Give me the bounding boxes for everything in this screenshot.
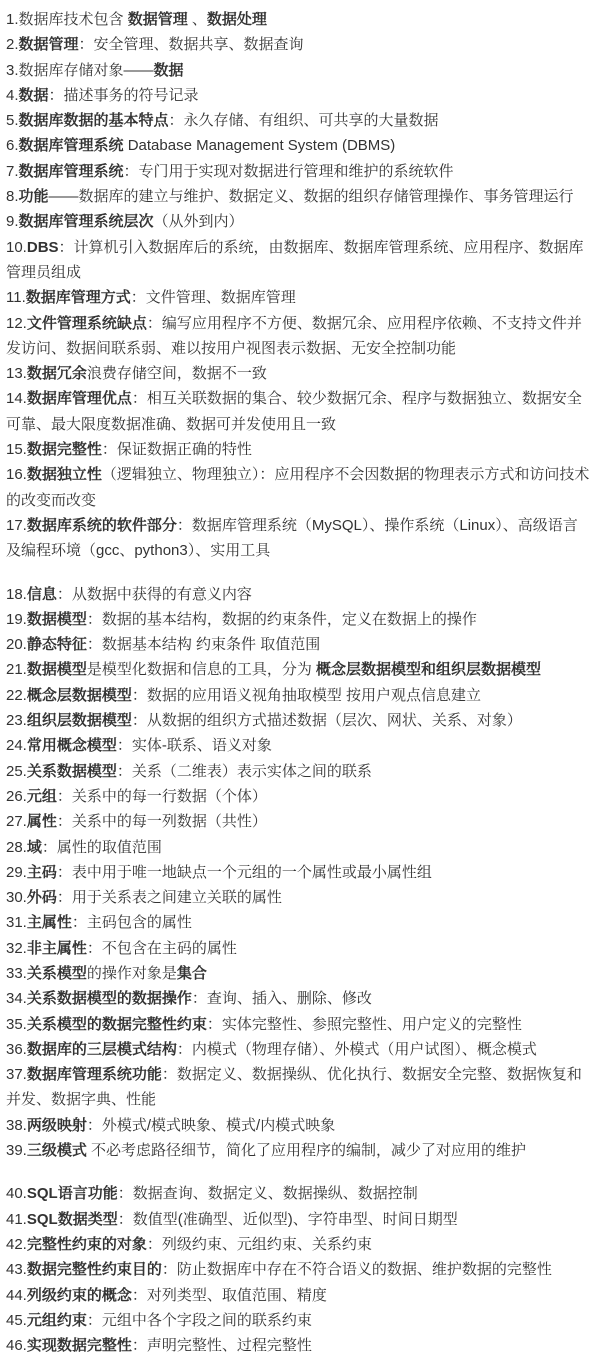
note-item-31: 31.主属性：主码包含的属性 [6, 910, 590, 935]
note-item-3: 3.数据库存储对象——数据 [6, 58, 590, 83]
key-term: 数据模型 [27, 661, 87, 678]
note-text: 23. [6, 712, 27, 729]
key-term: 数据库系统的软件部分 [27, 517, 177, 534]
note-text: ：从数据的组织方式描述数据（层次、网状、关系、对象） [132, 712, 522, 729]
note-item-32: 32.非主属性：不包含在主码的属性 [6, 936, 590, 961]
note-item-40: 40.SQL语言功能：数据查询、数据定义、数据操纵、数据控制 [6, 1181, 590, 1206]
key-term: 静态特征 [27, 636, 87, 653]
note-text: ：主码包含的属性 [72, 914, 192, 931]
note-item-27: 27.属性：关系中的每一列数据（共性） [6, 809, 590, 834]
key-term: DBS [27, 239, 59, 256]
note-text: ：声明完整性、过程完整性 [132, 1337, 312, 1354]
note-item-22: 22.概念层数据模型：数据的应用语义视角抽取模型 按用户观点信息建立 [6, 683, 590, 708]
note-item-26: 26.元组：关系中的每一行数据（个体） [6, 784, 590, 809]
key-term: 元组约束 [27, 1312, 87, 1329]
note-item-2: 2.数据管理：安全管理、数据共享、数据查询 [6, 32, 590, 57]
note-item-37: 37.数据库管理系统功能：数据定义、数据操纵、优化执行、数据安全完整、数据恢复和… [6, 1062, 590, 1113]
note-text: 是模型化数据和信息的工具，分为 [87, 661, 316, 678]
note-text: 20. [6, 636, 27, 653]
note-text: （从外到内） [154, 213, 244, 230]
note-text: ——数据库的建立与维护、数据定义、数据的组织存储管理操作、事务管理运行 [49, 188, 574, 205]
note-item-4: 4.数据：描述事务的符号记录 [6, 83, 590, 108]
note-text: 26. [6, 788, 27, 805]
note-text: 27. [6, 813, 27, 830]
note-text: 45. [6, 1312, 27, 1329]
note-item-17: 17.数据库系统的软件部分：数据库管理系统（MySQL）、操作系统（Linux）… [6, 513, 590, 564]
note-text: 40. [6, 1185, 27, 1202]
note-text: ：文件管理、数据库管理 [131, 289, 296, 306]
key-term: 数据 [154, 62, 184, 79]
key-term: 域 [27, 839, 42, 856]
note-text: 42. [6, 1236, 27, 1253]
key-term: 关系模型 [27, 965, 87, 982]
note-text: 的操作对象是 [87, 965, 177, 982]
note-item-28: 28.域：属性的取值范围 [6, 835, 590, 860]
note-text: ：防止数据库中存在不符合语义的数据、维护数据的完整性 [162, 1261, 552, 1278]
note-item-24: 24.常用概念模型：实体-联系、语义对象 [6, 733, 590, 758]
note-item-46: 46.实现数据完整性：声明完整性、过程完整性 [6, 1333, 590, 1358]
key-term: 数据库管理系统功能 [27, 1066, 162, 1083]
key-term: 主码 [27, 864, 57, 881]
note-text: 7. [6, 163, 19, 180]
note-text: ：实体完整性、参照完整性、用户定义的完整性 [207, 1016, 522, 1033]
note-text: 46. [6, 1337, 27, 1354]
note-text: 9. [6, 213, 19, 230]
note-text: ：实体-联系、语义对象 [117, 737, 272, 754]
key-term: 非主属性 [27, 940, 87, 957]
note-text: ：安全管理、数据共享、数据查询 [79, 36, 304, 53]
note-text: 41. [6, 1211, 27, 1228]
note-text: ：查询、插入、删除、修改 [192, 990, 372, 1007]
note-text: 17. [6, 517, 27, 534]
note-text: ：专门用于实现对数据进行管理和维护的系统软件 [124, 163, 454, 180]
key-term: 信息 [27, 586, 57, 603]
key-term: 概念层数据模型 [27, 687, 132, 704]
note-item-6: 6.数据库管理系统 Database Management System (DB… [6, 133, 590, 158]
note-text: ：关系（二维表）表示实体之间的联系 [117, 763, 372, 780]
note-text: ：列级约束、元组约束、关系约束 [147, 1236, 372, 1253]
key-term: 常用概念模型 [27, 737, 117, 754]
note-text: 37. [6, 1066, 27, 1083]
note-item-11: 11.数据库管理方式：文件管理、数据库管理 [6, 285, 590, 310]
note-text: ：对列类型、取值范围、精度 [132, 1287, 327, 1304]
note-item-7: 7.数据库管理系统：专门用于实现对数据进行管理和维护的系统软件 [6, 159, 590, 184]
key-term: 数据管理 [128, 11, 188, 28]
key-term: 数据库管理系统 [19, 137, 124, 154]
note-text: 12. [6, 315, 27, 332]
note-text: 34. [6, 990, 27, 1007]
note-text: 浪费存储空间，数据不一致 [87, 365, 267, 382]
key-term: 关系模型的数据完整性约束 [27, 1016, 207, 1033]
key-term: 概念层数据模型和组织层数据模型 [316, 661, 541, 678]
key-term: 数据库管理系统 [19, 163, 124, 180]
key-term: 组织层数据模型 [27, 712, 132, 729]
key-term: 实现数据完整性 [27, 1337, 132, 1354]
note-text: 21. [6, 661, 27, 678]
key-term: SQL数据类型 [27, 1211, 118, 1228]
note-item-14: 14.数据库管理优点：相互关联数据的集合、较少数据冗余、程序与数据独立、数据安全… [6, 386, 590, 437]
note-text: ：关系中的每一列数据（共性） [57, 813, 267, 830]
key-term: 数据完整性约束目的 [27, 1261, 162, 1278]
note-text: 不必考虑路径细节，简化了应用程序的编制，减少了对应用的维护 [87, 1142, 526, 1159]
key-term: 集合 [177, 965, 207, 982]
note-text: ：用于关系表之间建立关联的属性 [57, 889, 282, 906]
note-text: 2. [6, 36, 19, 53]
note-text: 13. [6, 365, 27, 382]
note-text: ：内模式（物理存储）、外模式（用户试图）、概念模式 [177, 1041, 537, 1058]
note-item-19: 19.数据模型：数据的基本结构，数据的约束条件，定义在数据上的操作 [6, 607, 590, 632]
note-text: ：数据查询、数据定义、数据操纵、数据控制 [118, 1185, 418, 1202]
key-term: 数据库管理方式 [26, 289, 131, 306]
note-text: 6. [6, 137, 19, 154]
key-term: 数据管理 [19, 36, 79, 53]
note-item-44: 44.列级约束的概念：对列类型、取值范围、精度 [6, 1283, 590, 1308]
note-item-10: 10.DBS：计算机引入数据库后的系统，由数据库、数据库管理系统、应用程序、数据… [6, 235, 590, 286]
note-item-8: 8.功能——数据库的建立与维护、数据定义、数据的组织存储管理操作、事务管理运行 [6, 184, 590, 209]
note-text: 16. [6, 466, 27, 483]
key-term: 数据 [19, 87, 49, 104]
note-text: ：描述事务的符号记录 [49, 87, 199, 104]
note-text: 38. [6, 1117, 27, 1134]
note-text: 4. [6, 87, 19, 104]
note-item-21: 21.数据模型是模型化数据和信息的工具，分为 概念层数据模型和组织层数据模型 [6, 657, 590, 682]
note-text: ：数据的基本结构，数据的约束条件，定义在数据上的操作 [87, 611, 477, 628]
note-text: 14. [6, 390, 27, 407]
note-text: 19. [6, 611, 27, 628]
note-text: ：属性的取值范围 [42, 839, 162, 856]
key-term: 数据独立性 [27, 466, 102, 483]
note-text: 、 [188, 11, 207, 28]
note-text: 31. [6, 914, 27, 931]
note-item-9: 9.数据库管理系统层次（从外到内） [6, 209, 590, 234]
note-item-15: 15.数据完整性：保证数据正确的特性 [6, 437, 590, 462]
note-item-30: 30.外码：用于关系表之间建立关联的属性 [6, 885, 590, 910]
note-text: 33. [6, 965, 27, 982]
key-term: 关系数据模型的数据操作 [27, 990, 192, 1007]
note-item-12: 12.文件管理系统缺点：编写应用程序不方便、数据冗余、应用程序依赖、不支持文件并… [6, 311, 590, 362]
key-term: 两级映射 [27, 1117, 87, 1134]
key-term: 数据处理 [207, 11, 267, 28]
note-text: ：元组中各个字段之间的联系约束 [87, 1312, 312, 1329]
note-text: 18. [6, 586, 27, 603]
note-text: Database Management System (DBMS) [124, 137, 396, 154]
note-text: ：保证数据正确的特性 [102, 441, 252, 458]
note-item-33: 33.关系模型的操作对象是集合 [6, 961, 590, 986]
note-text: 43. [6, 1261, 27, 1278]
note-item-1: 1.数据库技术包含 数据管理 、数据处理 [6, 7, 590, 32]
notes-document: 1.数据库技术包含 数据管理 、数据处理2.数据管理：安全管理、数据共享、数据查… [0, 0, 596, 1358]
note-text: 32. [6, 940, 27, 957]
note-item-43: 43.数据完整性约束目的：防止数据库中存在不符合语义的数据、维护数据的完整性 [6, 1257, 590, 1282]
key-term: 列级约束的概念 [27, 1287, 132, 1304]
key-term: 数据完整性 [27, 441, 102, 458]
note-item-13: 13.数据冗余浪费存储空间，数据不一致 [6, 361, 590, 386]
note-text: 30. [6, 889, 27, 906]
note-text: ：关系中的每一行数据（个体） [57, 788, 267, 805]
note-text: ：数据的应用语义视角抽取模型 按用户观点信息建立 [132, 687, 481, 704]
note-text: 24. [6, 737, 27, 754]
note-text: 25. [6, 763, 27, 780]
note-text: 44. [6, 1287, 27, 1304]
key-term: 功能 [19, 188, 49, 205]
note-text: 5. [6, 112, 19, 129]
note-item-20: 20.静态特征：数据基本结构 约束条件 取值范围 [6, 632, 590, 657]
note-text: 8. [6, 188, 19, 205]
note-text: 10. [6, 239, 27, 256]
note-text: 22. [6, 687, 27, 704]
key-term: 数据库管理系统层次 [19, 213, 154, 230]
note-text: 35. [6, 1016, 27, 1033]
key-term: 数据库数据的基本特点 [19, 112, 169, 129]
note-item-25: 25.关系数据模型：关系（二维表）表示实体之间的联系 [6, 759, 590, 784]
note-item-16: 16.数据独立性（逻辑独立、物理独立）：应用程序不会因数据的物理表示方式和访问技… [6, 462, 590, 513]
key-term: 外码 [27, 889, 57, 906]
key-term: 主属性 [27, 914, 72, 931]
note-text: 15. [6, 441, 27, 458]
note-item-41: 41.SQL数据类型：数值型(准确型、近似型)、字符串型、时间日期型 [6, 1207, 590, 1232]
note-text: ：永久存储、有组织、可共享的大量数据 [169, 112, 439, 129]
key-term: 属性 [27, 813, 57, 830]
key-term: SQL语言功能 [27, 1185, 118, 1202]
note-item-18: 18.信息：从数据中获得的有意义内容 [6, 582, 590, 607]
note-text: 29. [6, 864, 27, 881]
note-text: ：不包含在主码的属性 [87, 940, 237, 957]
key-term: 关系数据模型 [27, 763, 117, 780]
note-text: 36. [6, 1041, 27, 1058]
note-text: ：外模式/模式映象、模式/内模式映象 [87, 1117, 335, 1134]
note-item-42: 42.完整性约束的对象：列级约束、元组约束、关系约束 [6, 1232, 590, 1257]
note-item-39: 39.三级模式 不必考虑路径细节，简化了应用程序的编制，减少了对应用的维护 [6, 1138, 590, 1163]
note-item-35: 35.关系模型的数据完整性约束：实体完整性、参照完整性、用户定义的完整性 [6, 1012, 590, 1037]
note-text: ：计算机引入数据库后的系统，由数据库、数据库管理系统、应用程序、数据库管理员组成 [6, 239, 584, 281]
key-term: 三级模式 [27, 1142, 87, 1159]
key-term: 元组 [27, 788, 57, 805]
note-text: ：数值型(准确型、近似型)、字符串型、时间日期型 [118, 1211, 458, 1228]
key-term: 数据模型 [27, 611, 87, 628]
note-text: ：数据基本结构 约束条件 取值范围 [87, 636, 320, 653]
note-item-34: 34.关系数据模型的数据操作：查询、插入、删除、修改 [6, 986, 590, 1011]
note-text: ：从数据中获得的有意义内容 [57, 586, 252, 603]
note-item-5: 5.数据库数据的基本特点：永久存储、有组织、可共享的大量数据 [6, 108, 590, 133]
note-item-38: 38.两级映射：外模式/模式映象、模式/内模式映象 [6, 1113, 590, 1138]
note-text: 39. [6, 1142, 27, 1159]
note-item-36: 36.数据库的三层模式结构：内模式（物理存储）、外模式（用户试图）、概念模式 [6, 1037, 590, 1062]
key-term: 完整性约束的对象 [27, 1236, 147, 1253]
note-text: 1.数据库技术包含 [6, 11, 128, 28]
note-text: 11. [6, 289, 26, 306]
key-term: 数据库的三层模式结构 [27, 1041, 177, 1058]
note-item-45: 45.元组约束：元组中各个字段之间的联系约束 [6, 1308, 590, 1333]
key-term: 数据库管理优点 [27, 390, 132, 407]
note-text: ：表中用于唯一地缺点一个元组的一个属性或最小属性组 [57, 864, 432, 881]
note-text: 3.数据库存储对象—— [6, 62, 154, 79]
key-term: 文件管理系统缺点 [27, 315, 147, 332]
note-item-23: 23.组织层数据模型：从数据的组织方式描述数据（层次、网状、关系、对象） [6, 708, 590, 733]
note-text: 28. [6, 839, 27, 856]
key-term: 数据冗余 [27, 365, 87, 382]
note-item-29: 29.主码：表中用于唯一地缺点一个元组的一个属性或最小属性组 [6, 860, 590, 885]
